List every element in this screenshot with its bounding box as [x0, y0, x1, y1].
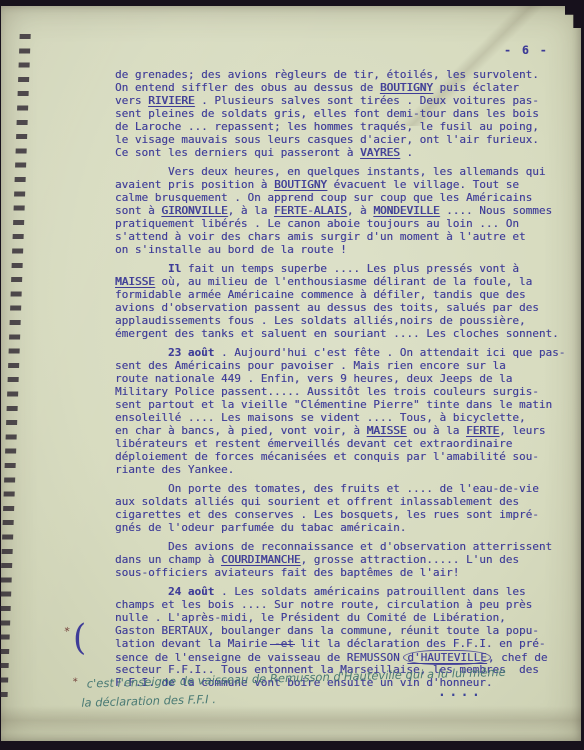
document-page: - 6 - de grenades; des avions règleurs d…: [1, 6, 581, 741]
typed-line: sent partout et la vieille "Clémentine P…: [115, 398, 575, 411]
paragraph: On porte des tomates, des fruits et ....…: [115, 482, 575, 534]
paragraph: Vers deux heures, en quelques instants, …: [115, 165, 575, 256]
typed-line: calme brusquement . On apprend coup sur …: [115, 191, 575, 204]
typed-line: riante des Yankee.: [115, 463, 575, 476]
typed-line: gnés de l'odeur parfumée du tabac améric…: [115, 521, 575, 534]
typed-line: Ce sont les derniers qui passeront à VAY…: [115, 146, 575, 159]
typed-line: libérateurs et restent émerveillés devan…: [115, 437, 575, 450]
typed-line: avaient pris position à BOUTIGNY évacuen…: [115, 178, 575, 191]
typed-line: sont à GIRONVILLE, à la FERTE-ALAIS, à M…: [115, 204, 575, 217]
typed-line: route nationale 449 . Enfin, vers 9 heur…: [115, 372, 575, 385]
typed-line: avions d'observation passent au dessus d…: [115, 301, 575, 314]
typed-line: nulle . L'après-midi, le Président du Co…: [115, 611, 575, 624]
footnote-marker: *: [73, 673, 79, 692]
scan-background: - 6 - de grenades; des avions règleurs d…: [0, 0, 584, 750]
typed-line: applaudissements fous . Les soldats alli…: [115, 314, 575, 327]
paragraph: de grenades; des avions règleurs de tir,…: [115, 68, 575, 159]
typed-line: 23 août . Aujourd'hui c'est fête . On at…: [115, 346, 575, 359]
typed-line: Gaston BERTAUX, boulanger dans la commun…: [115, 624, 575, 637]
paragraph: 23 août . Aujourd'hui c'est fête . On at…: [115, 346, 575, 476]
typed-line: de grenades; des avions règleurs de tir,…: [115, 68, 575, 81]
typed-line: émergent des tanks et saluent en sourian…: [115, 327, 575, 340]
footnote-dots: ....: [438, 685, 483, 700]
typed-line: sent des Américains pour pavoiser . Mais…: [115, 359, 575, 372]
typed-line: sous-officiers aviateurs fait des baptêm…: [115, 566, 575, 579]
typed-line: de Laroche ... repassent; les hommes tra…: [115, 120, 575, 133]
typed-line: pratiquement libérés . Le canon aboie to…: [115, 217, 575, 230]
typed-line: MAISSE où, au milieu de l'enthousiasme d…: [115, 275, 575, 288]
typed-line: le visage mauvais sous leurs casques d'a…: [115, 133, 575, 146]
paragraph: Il fait un temps superbe .... Les plus p…: [115, 262, 575, 340]
typed-line: dans un champ à COURDIMANCHE, grosse att…: [115, 553, 575, 566]
typed-line: vers RIVIERE . Plusieurs salves sont tir…: [115, 94, 575, 107]
typed-line: Des avions de reconnaissance et d'observ…: [115, 540, 575, 553]
binding-perforation: [0, 34, 31, 705]
typed-line: on s'installe au bord de la route !: [115, 243, 575, 256]
typed-body: de grenades; des avions règleurs de tir,…: [115, 68, 575, 695]
typed-line: en char à bancs, à pied, vont voir, à MA…: [115, 424, 575, 437]
typed-line: aux soldats alliés qui sourient et offre…: [115, 495, 575, 508]
typed-line: déploiement de forces mécanisées et conq…: [115, 450, 575, 463]
typed-line: sent pleines de soldats gris, elles font…: [115, 107, 575, 120]
typed-line: sence de l'enseigne de vaisseau de REMUS…: [115, 650, 575, 663]
typed-line: 24 août . Les soldats américains patroui…: [115, 585, 575, 598]
page-number: - 6 -: [504, 43, 549, 57]
typed-line: Vers deux heures, en quelques instants, …: [115, 165, 575, 178]
typed-line: formidable armée Américaine commence à d…: [115, 288, 575, 301]
margin-brace-annotation: (: [73, 617, 86, 659]
typed-line: On porte des tomates, des fruits et ....…: [115, 482, 575, 495]
paragraph: Des avions de reconnaissance et d'observ…: [115, 540, 575, 579]
typed-line: s'attend à voir des chars amis surgir d'…: [115, 230, 575, 243]
typed-line: On entend siffler des obus au dessus de …: [115, 81, 575, 94]
margin-asterisk-annotation: *: [63, 625, 70, 639]
typed-line: lation devant la Mairie -et lit la décla…: [115, 637, 575, 650]
corner-notch: [565, 6, 581, 28]
typed-line: champs et les bois .... Sur notre route,…: [115, 598, 575, 611]
typed-line: Military Police passent..... Aussitôt le…: [115, 385, 575, 398]
typed-line: Il fait un temps superbe .... Les plus p…: [115, 262, 575, 275]
typed-line: ensoleillé .... Les maisons se vident ..…: [115, 411, 575, 424]
typed-line: cigarettes et des conserves . Les bosque…: [115, 508, 575, 521]
